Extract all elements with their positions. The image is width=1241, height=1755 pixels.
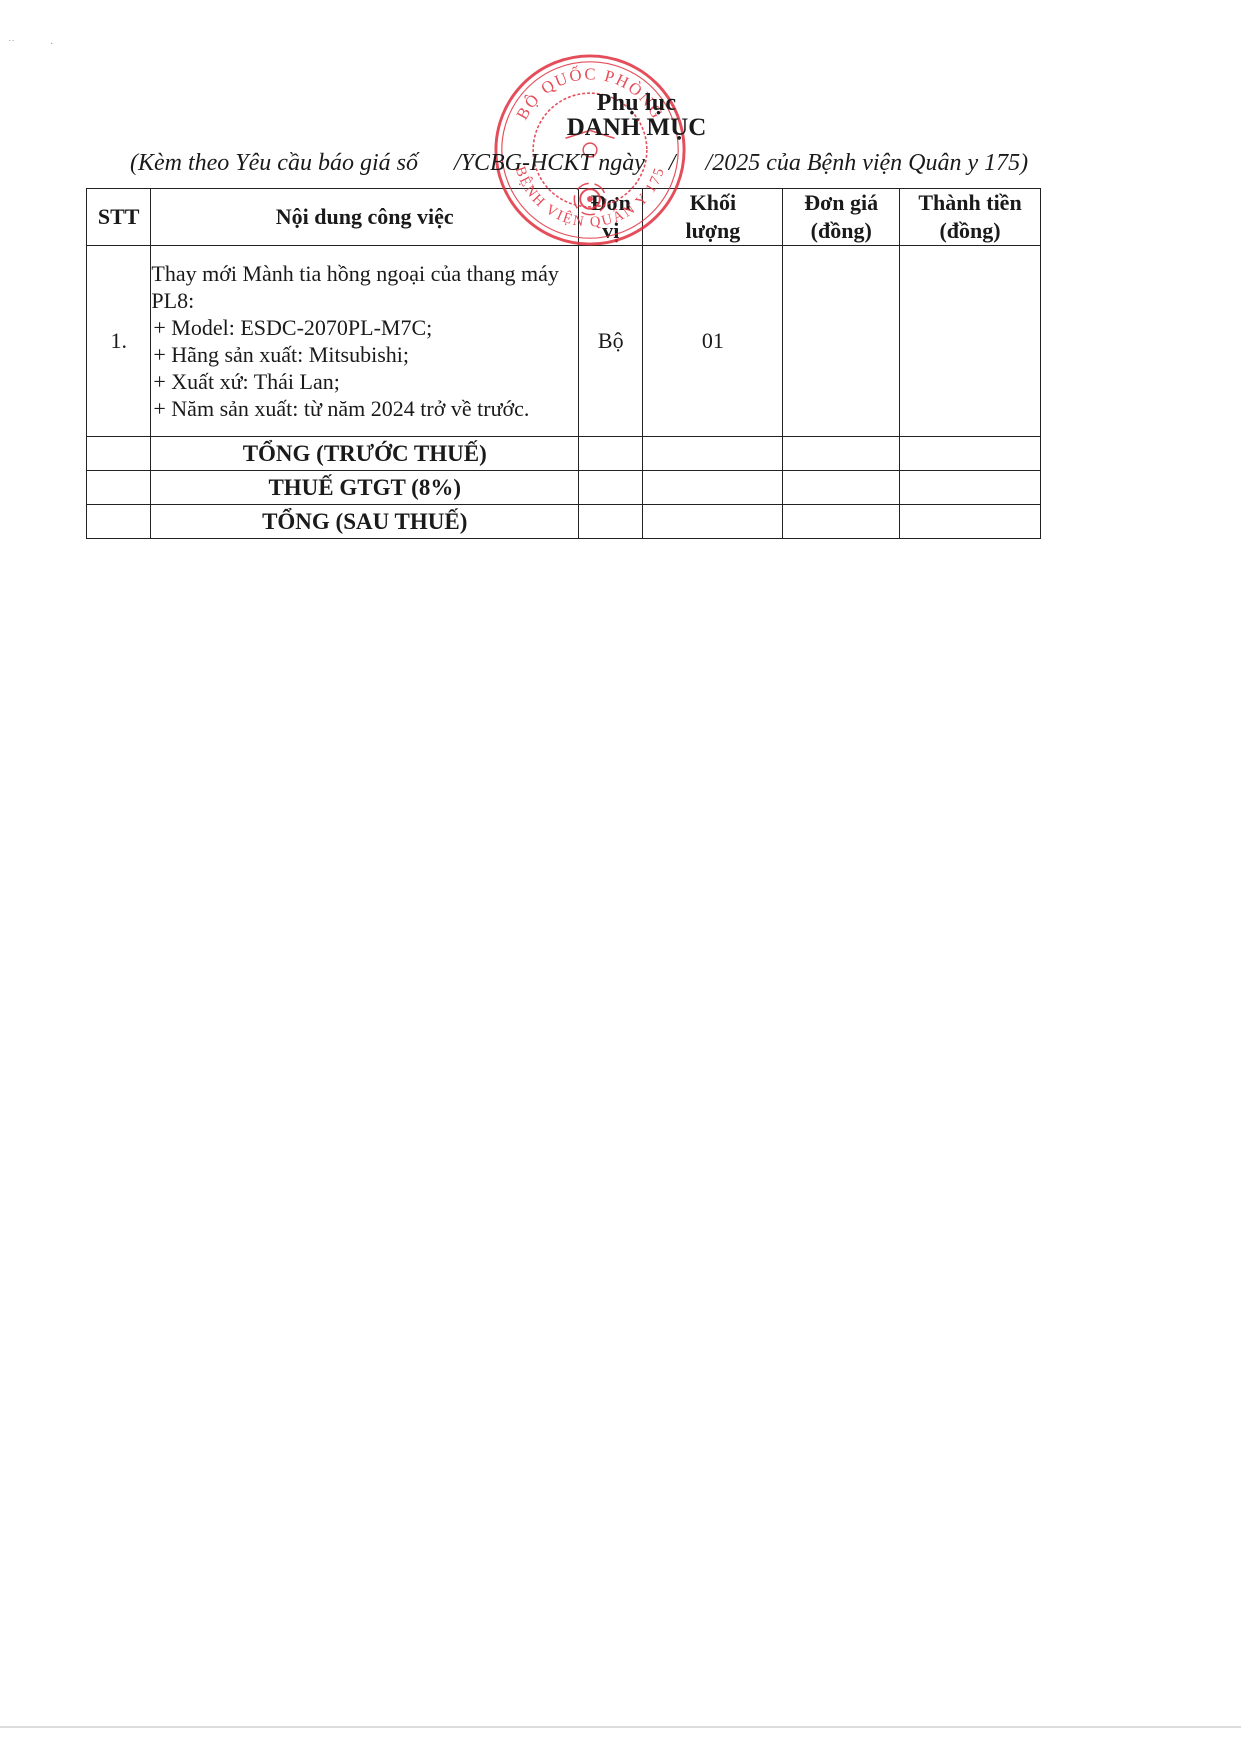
cell-empty: [579, 505, 643, 539]
header-unit-price: Đơn giá(đồng): [783, 189, 900, 246]
subtotal-label: TỔNG (TRƯỚC THUẾ): [151, 437, 579, 471]
cell-stt: 1.: [87, 246, 151, 437]
description-manufacturer: + Hãng sản xuất: Mitsubishi;: [151, 341, 578, 368]
scan-edge-line: [0, 1726, 1241, 1728]
description-year: + Năm sản xuất: từ năm 2024 trở về trước…: [151, 395, 578, 422]
scan-speck: ˙˙: [8, 39, 15, 50]
cell-empty: [783, 437, 900, 471]
description-origin: + Xuất xứ: Thái Lan;: [151, 368, 578, 395]
grand-total-value: [900, 505, 1041, 539]
cell-empty: [87, 471, 151, 505]
summary-row-grand-total: TỔNG (SAU THUẾ): [87, 505, 1041, 539]
description-model: + Model: ESDC-2070PL-M7C;: [151, 314, 578, 341]
cell-empty: [579, 471, 643, 505]
vat-label: THUẾ GTGT (8%): [151, 471, 579, 505]
header-total: Thành tiền(đồng): [900, 189, 1041, 246]
quotation-table: STT Nội dung công việc Đơnvị Khốilượng Đ…: [86, 188, 1041, 539]
cell-description: Thay mới Mành tia hồng ngoại của thang m…: [151, 246, 579, 437]
cell-empty: [579, 437, 643, 471]
header-quantity: Khốilượng: [643, 189, 783, 246]
header-description: Nội dung công việc: [151, 189, 579, 246]
cell-empty: [87, 437, 151, 471]
cell-unit: Bộ: [579, 246, 643, 437]
table-row: 1. Thay mới Mành tia hồng ngoại của than…: [87, 246, 1041, 437]
summary-row-vat: THUẾ GTGT (8%): [87, 471, 1041, 505]
cell-empty: [87, 505, 151, 539]
header-stt: STT: [87, 189, 151, 246]
cell-empty: [643, 471, 783, 505]
description-main: Thay mới Mành tia hồng ngoại của thang m…: [151, 260, 578, 314]
reference-subtitle: (Kèm theo Yêu cầu báo giá số /YCBG-HCKT …: [130, 150, 1028, 177]
cell-total: [900, 246, 1041, 437]
catalog-title: DANH MỤC: [0, 114, 1241, 142]
cell-empty: [783, 505, 900, 539]
appendix-title: Phụ lục: [0, 90, 1241, 117]
cell-quantity: 01: [643, 246, 783, 437]
cell-empty: [783, 471, 900, 505]
grand-total-label: TỔNG (SAU THUẾ): [151, 505, 579, 539]
table-header-row: STT Nội dung công việc Đơnvị Khốilượng Đ…: [87, 189, 1041, 246]
vat-value: [900, 471, 1041, 505]
header-unit: Đơnvị: [579, 189, 643, 246]
subtotal-value: [900, 437, 1041, 471]
cell-empty: [643, 505, 783, 539]
cell-unit-price: [783, 246, 900, 437]
summary-row-subtotal: TỔNG (TRƯỚC THUẾ): [87, 437, 1041, 471]
scan-speck: ·: [50, 39, 53, 50]
cell-empty: [643, 437, 783, 471]
